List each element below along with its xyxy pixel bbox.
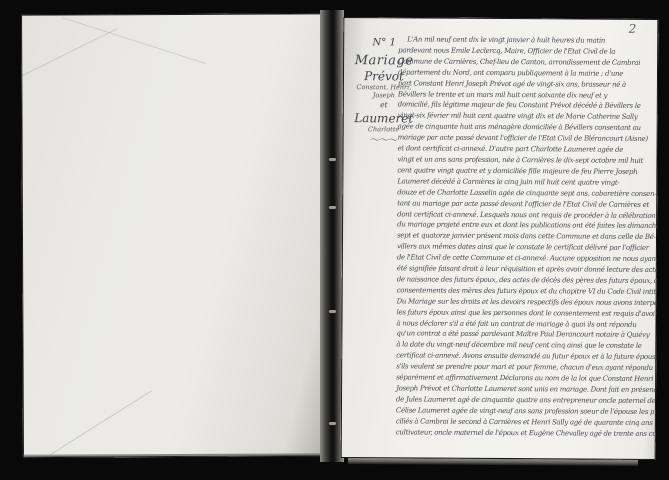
- page-crease: [50, 390, 152, 455]
- act-text: L'An mil neuf cent dix le vingt janvier …: [396, 34, 659, 439]
- page-block-edge: [348, 458, 638, 466]
- right-page: 2 N° 1 Mariage Prévot Constant, Henri, J…: [341, 17, 659, 460]
- binding-stitch: [329, 158, 336, 161]
- binding-stitch: [329, 422, 336, 425]
- page-bottom-edge: [23, 453, 323, 456]
- act-line: tant au mariage par acte passé devant l'…: [397, 198, 658, 211]
- page-crease: [21, 28, 118, 78]
- scanned-register-spread: 2 N° 1 Mariage Prévot Constant, Henri, J…: [0, 0, 669, 480]
- page-crease: [63, 17, 206, 64]
- act-line: cultivateur, oncle maternel de l'époux e…: [396, 427, 658, 440]
- binding-stitch: [329, 310, 336, 313]
- binding-stitch: [329, 206, 336, 209]
- left-page: [21, 13, 323, 457]
- page-number: 2: [629, 23, 637, 35]
